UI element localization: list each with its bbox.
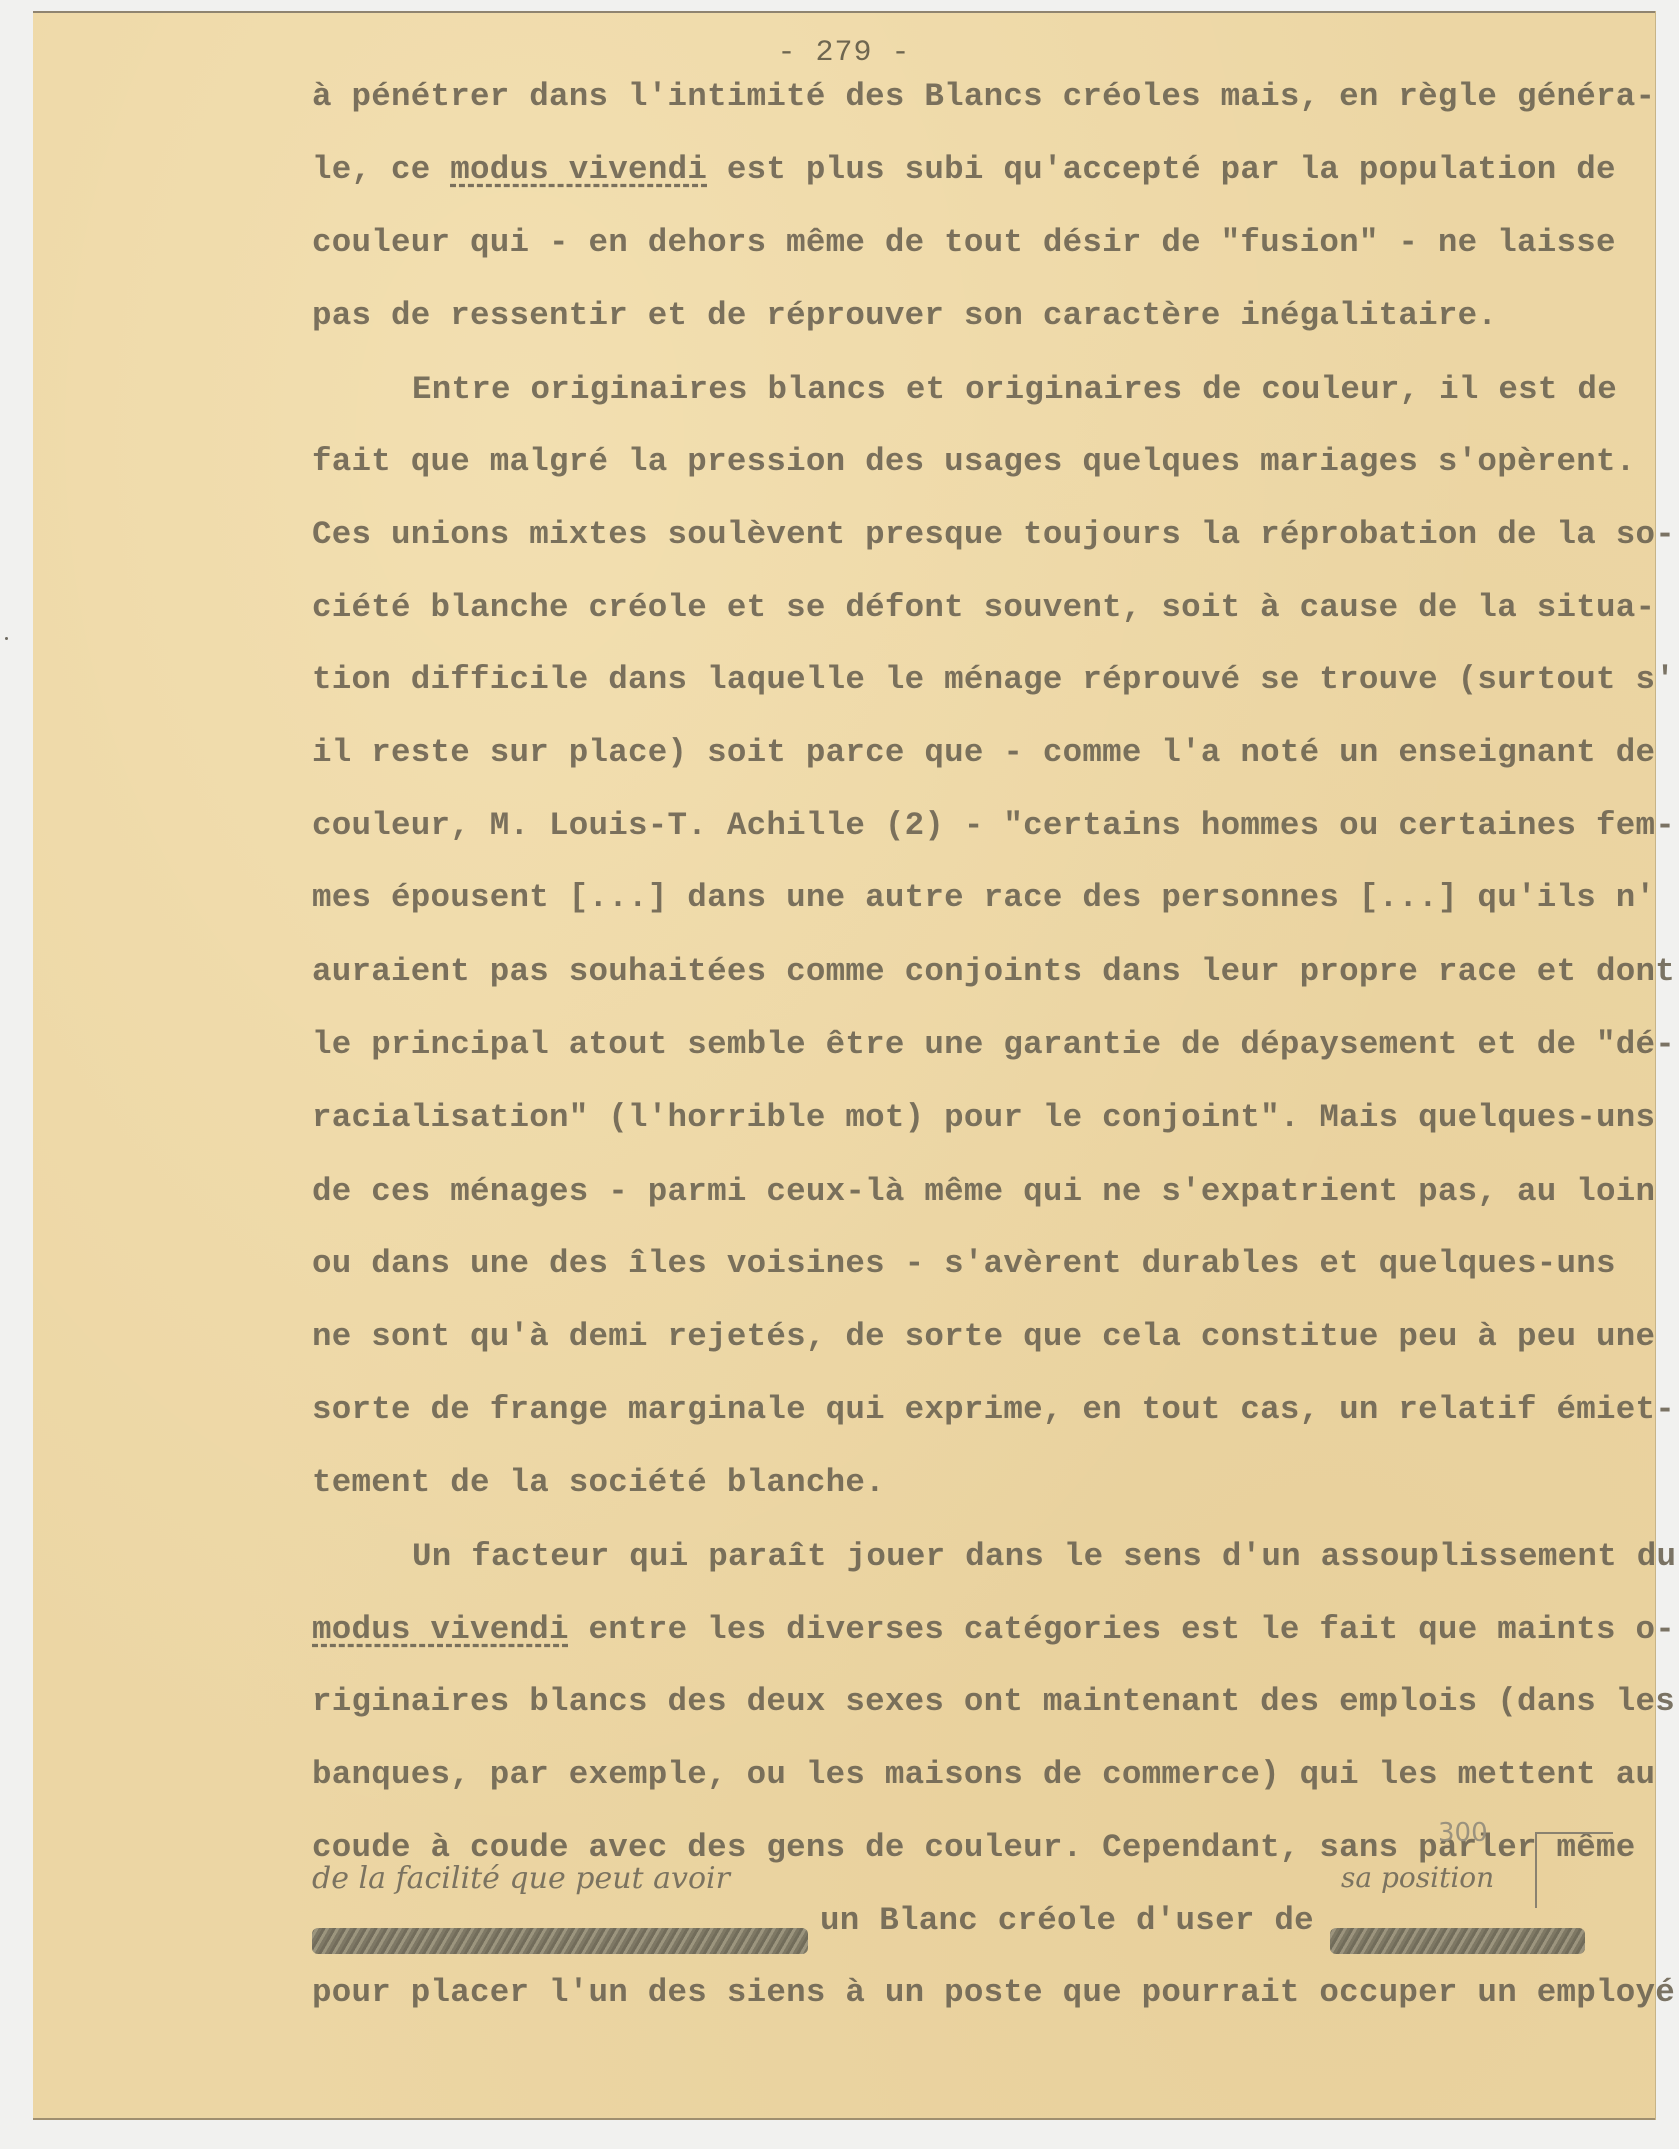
text-line: modus vivendi entre les diverses catégor… — [312, 1610, 1675, 1650]
text-line: couleur qui - en dehors même de tout dés… — [312, 223, 1616, 263]
underlined-term: modus vivendi — [312, 1611, 569, 1648]
handwritten-insertion: sa position — [1341, 1861, 1494, 1894]
text-line: fait que malgré la pression des usages q… — [312, 442, 1635, 482]
text-fragment: le, ce — [312, 151, 450, 188]
margin-pencil-number: 300 — [1438, 1818, 1488, 1848]
text-line: Un facteur qui paraît jouer dans le sens… — [412, 1537, 1676, 1577]
text-line: le, ce modus vivendi est plus subi qu'ac… — [312, 150, 1616, 190]
text-line: racialisation" (l'horrible mot) pour le … — [312, 1098, 1655, 1138]
text-line: ciété blanche créole et se défont souven… — [312, 588, 1655, 628]
text-line: riginaires blancs des deux sexes ont mai… — [312, 1682, 1675, 1722]
text-line: banques, par exemple, ou les maisons de … — [312, 1755, 1655, 1795]
text-line: auraient pas souhaitées comme conjoints … — [312, 952, 1675, 992]
text-line: couleur, M. Louis-T. Achille (2) - "cert… — [312, 806, 1675, 846]
pencil-bracket-mark — [1535, 1832, 1537, 1908]
text-line: pour placer l'un des siens à un poste qu… — [312, 1973, 1675, 2013]
pencil-bracket-mark — [1535, 1832, 1613, 1834]
text-fragment: entre les diverses catégories est le fai… — [569, 1611, 1675, 1648]
text-line: Entre originaires blancs et originaires … — [412, 370, 1617, 410]
scribbled-out-text — [1330, 1928, 1585, 1954]
text-line: le principal atout semble être une garan… — [312, 1025, 1675, 1065]
margin-speck — [5, 637, 8, 640]
page-number: - 279 - — [33, 36, 1655, 70]
text-line: à pénétrer dans l'intimité des Blancs cr… — [312, 77, 1655, 117]
text-line: un Blanc créole d'user de — [820, 1901, 1314, 1941]
text-line: de ces ménages - parmi ceux-là même qui … — [312, 1172, 1655, 1212]
text-line: il reste sur place) soit parce que - com… — [312, 733, 1655, 773]
text-line: Ces unions mixtes soulèvent presque touj… — [312, 515, 1675, 555]
text-line: ne sont qu'à demi rejetés, de sorte que … — [312, 1317, 1655, 1357]
underlined-term: modus vivendi — [450, 151, 707, 188]
text-line: tement de la société blanche. — [312, 1463, 885, 1503]
text-line: pas de ressentir et de réprouver son car… — [312, 296, 1497, 336]
text-line: mes épousent [...] dans une autre race d… — [312, 878, 1655, 918]
handwritten-insertion: de la facilité que peut avoir — [312, 1861, 730, 1896]
typewritten-page: - 279 - à pénétrer dans l'intimité des B… — [33, 11, 1655, 2120]
text-line: tion difficile dans laquelle le ménage r… — [312, 660, 1675, 700]
text-line: sorte de frange marginale qui exprime, e… — [312, 1390, 1675, 1430]
scribbled-out-text — [312, 1928, 808, 1954]
text-line: ou dans une des îles voisines - s'avèren… — [312, 1244, 1616, 1284]
text-fragment: est plus subi qu'accepté par la populati… — [707, 151, 1616, 188]
